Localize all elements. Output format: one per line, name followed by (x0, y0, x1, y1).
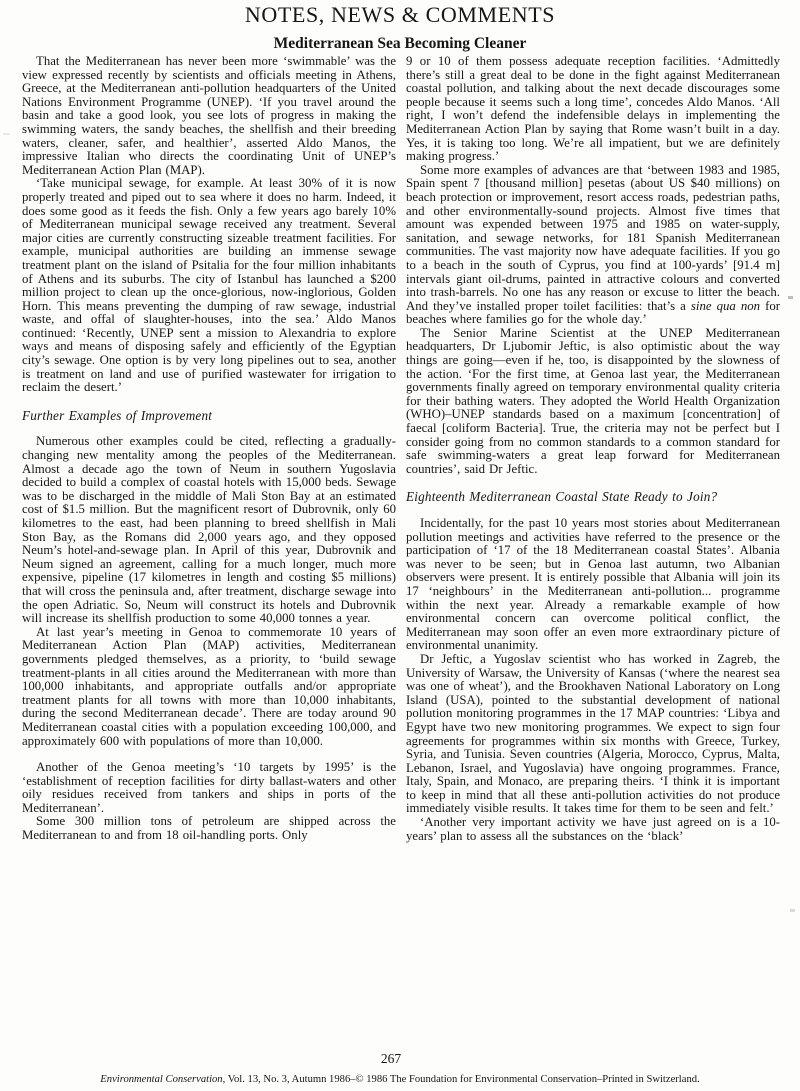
paragraph: Dr Jeftic, a Yugoslav scientist who has … (406, 653, 780, 816)
paragraph: The Senior Marine Scientist at the UNEP … (406, 327, 780, 477)
paragraph: ‘Another very important activity we have… (406, 816, 780, 843)
text-run: Some more examples of advances are that … (406, 163, 780, 313)
print-artifact (3, 133, 10, 135)
text-run: That the Mediterranean has never been mo… (22, 54, 396, 177)
text-run: Another of the Genoa meeting’s ‘10 targe… (22, 760, 396, 815)
column-left: That the Mediterranean has never been mo… (22, 55, 396, 843)
page-header: NOTES, NEWS & COMMENTS Mediterranean Sea… (0, 0, 800, 53)
text-run: Numerous other examples could be cited, … (22, 434, 396, 625)
journal-citation: , Vol. 13, No. 3, Autumn 1986–© 1986 The… (223, 1074, 700, 1085)
print-artifact (788, 296, 793, 299)
italic-text: sine qua non (691, 299, 760, 313)
column-right: 9 or 10 of them possess adequate recepti… (406, 55, 780, 843)
paragraph: Numerous other examples could be cited, … (22, 435, 396, 625)
section-heading: Eighteenth Mediterranean Coastal State R… (406, 490, 780, 504)
paragraph: Some more examples of advances are that … (406, 164, 780, 327)
article-body: That the Mediterranean has never been mo… (22, 55, 780, 843)
text-run: 9 or 10 of them possess adequate recepti… (406, 54, 780, 163)
text-run: The Senior Marine Scientist at the UNEP … (406, 326, 780, 476)
text-run: Incidentally, for the past 10 years most… (406, 516, 780, 652)
italic-text: Further Examples of Improvement (22, 408, 212, 423)
section-title: NOTES, NEWS & COMMENTS (0, 2, 800, 28)
journal-footer: Environmental Conservation, Vol. 13, No.… (0, 1074, 800, 1085)
section-heading: Further Examples of Improvement (22, 409, 396, 423)
article-title: Mediterranean Sea Becoming Cleaner (0, 35, 800, 53)
paragraph: 9 or 10 of them possess adequate recepti… (406, 55, 780, 164)
print-artifact (790, 909, 795, 912)
journal-page: NOTES, NEWS & COMMENTS Mediterranean Sea… (0, 0, 800, 1091)
text-run: ‘Another very important activity we have… (406, 815, 780, 843)
italic-text: Eighteenth Mediterranean Coastal State R… (406, 489, 717, 504)
text-run: Dr Jeftic, a Yugoslav scientist who has … (406, 652, 780, 816)
text-run: Some 300 million tons of petroleum are s… (22, 814, 396, 842)
paragraph: Incidentally, for the past 10 years most… (406, 517, 780, 653)
paragraph: Some 300 million tons of petroleum are s… (22, 815, 396, 842)
journal-name: Environmental Conservation (100, 1074, 222, 1085)
paragraph: At last year’s meeting in Genoa to comme… (22, 626, 396, 748)
paragraph: That the Mediterranean has never been mo… (22, 55, 396, 177)
text-run: ‘Take municipal sewage, for example. At … (22, 176, 396, 394)
paragraph: ‘Take municipal sewage, for example. At … (22, 177, 396, 395)
paragraph: Another of the Genoa meeting’s ‘10 targe… (22, 761, 396, 815)
page-number: 267 (0, 1051, 782, 1067)
text-run: At last year’s meeting in Genoa to comme… (22, 625, 396, 748)
